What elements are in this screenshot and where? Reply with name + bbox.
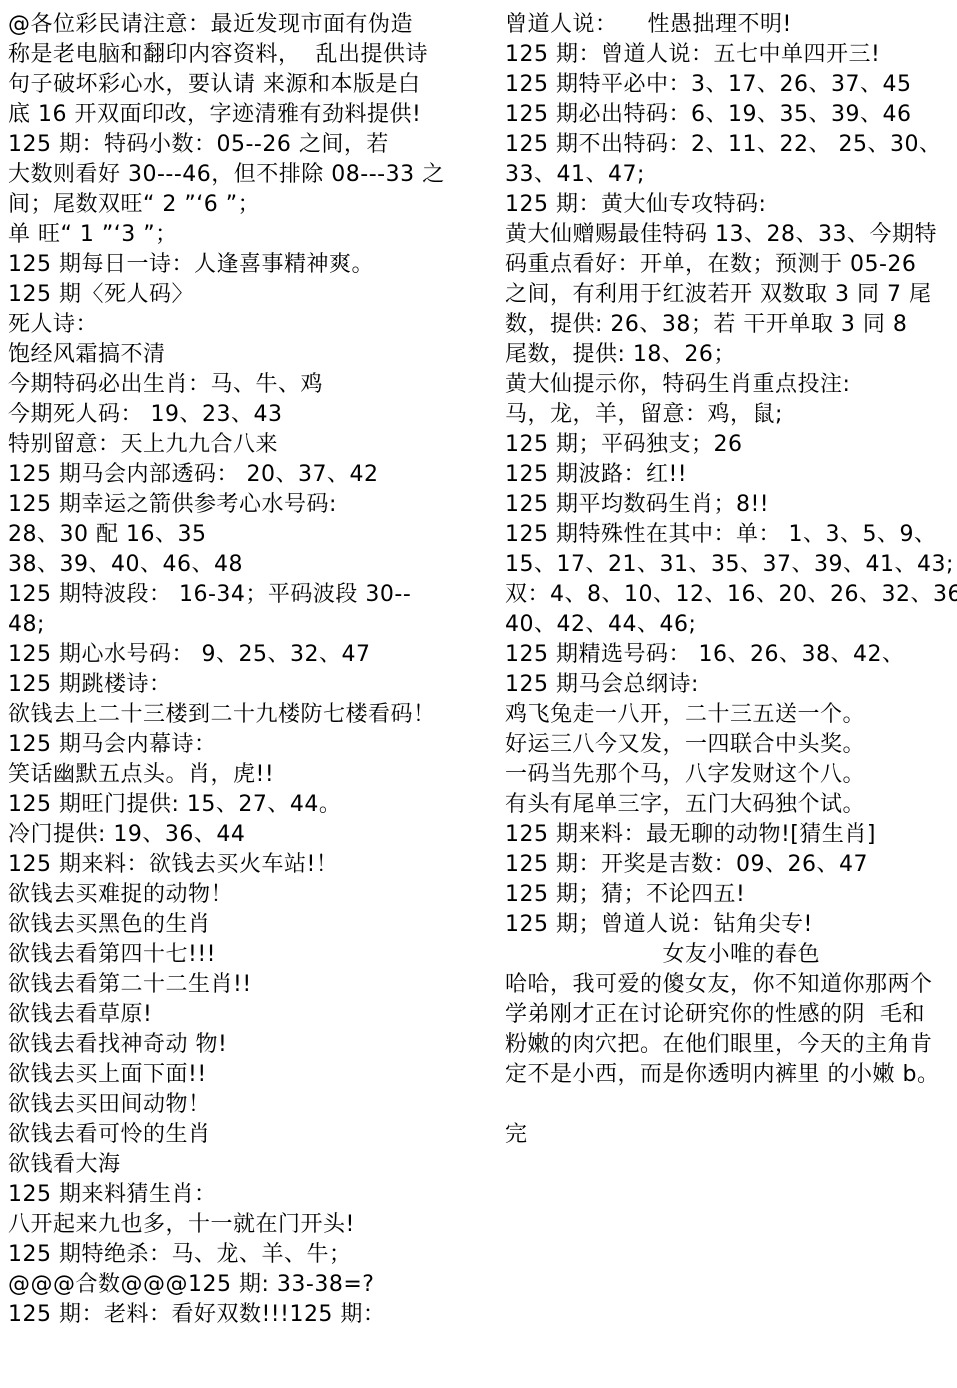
- text-line: 八开起来九也多，十一就在门开头!: [8, 1210, 500, 1240]
- lottery-tip-sheet: @各位彩民请注意：最近发现市面有伪造称是老电脑和翻印内容资料， 乱出提供诗句子破…: [0, 0, 957, 1388]
- text-line: 125 期：老料：看好双数!!!125 期：: [8, 1300, 500, 1330]
- text-line: 125 期特殊性在其中：单： 1、3、5、9、: [505, 520, 957, 550]
- left-column: @各位彩民请注意：最近发现市面有伪造称是老电脑和翻印内容资料， 乱出提供诗句子破…: [8, 10, 500, 1330]
- text-line: 125 期波路：红!!: [505, 460, 957, 490]
- text-line: 今期死人码： 19、23、43: [8, 400, 500, 430]
- text-line: 欲钱去看草原!: [8, 1000, 500, 1030]
- text-line: 125 期心水号码： 9、25、32、47: [8, 640, 500, 670]
- text-line: 38、39、40、46、48: [8, 550, 500, 580]
- text-line: 125 期马会内幕诗：: [8, 730, 500, 760]
- text-line: 125 期：开奖是吉数：09、26、47: [505, 850, 957, 880]
- text-line: 之间，有利用于红波若开 双数取 3 同 7 尾: [505, 280, 957, 310]
- text-line: [505, 1090, 957, 1120]
- text-line: 125 期〈死人码〉: [8, 280, 500, 310]
- text-line: 欲钱去买田间动物！: [8, 1090, 500, 1120]
- text-line: 饱经风霜搞不清: [8, 340, 500, 370]
- text-line: 125 期马会内部透码： 20、37、42: [8, 460, 500, 490]
- text-line: 粉嫩的肉穴把。在他们眼里，今天的主角肯: [505, 1030, 957, 1060]
- text-line: 欲钱去买黑色的生肖: [8, 910, 500, 940]
- text-line: 欲钱去看找神奇动 物!: [8, 1030, 500, 1060]
- text-line: 哈哈，我可爱的傻女友，你不知道你那两个: [505, 970, 957, 1000]
- text-line: 125 期；猜；不论四五!: [505, 880, 957, 910]
- text-line: 好运三八今又发，一四联合中头奖。: [505, 730, 957, 760]
- text-line: 马，龙，羊，留意：鸡，鼠;: [505, 400, 957, 430]
- text-line: 间；尾数双旺“ 2 ”‘6 ”；: [8, 190, 500, 220]
- text-line: 125 期跳楼诗：: [8, 670, 500, 700]
- text-line: 黄大仙赠赐最佳特码 13、28、33、今期特: [505, 220, 957, 250]
- text-line: 欲钱去买上面下面!!: [8, 1060, 500, 1090]
- text-line: 学弟刚才正在讨论研究你的性感的阴 毛和: [505, 1000, 957, 1030]
- text-line: 125 期来料猜生肖：: [8, 1180, 500, 1210]
- text-line: 15、17、21、31、35、37、39、41、43;: [505, 550, 957, 580]
- text-line: 欲钱看大海: [8, 1150, 500, 1180]
- text-line: 欲钱去看可怜的生肖: [8, 1120, 500, 1150]
- right-column: 曾道人说： 性愚拙理不明!125 期：曾道人说：五七中单四开三!125 期特平必…: [505, 10, 957, 1150]
- text-line: 底 16 开双面印改，字迹清雅有劲料提供!: [8, 100, 500, 130]
- text-line: 48;: [8, 610, 500, 640]
- text-line: 125 期精选号码： 16、26、38、42、: [505, 640, 957, 670]
- text-line: 鸡飞兔走一八开，二十三五送一个。: [505, 700, 957, 730]
- text-line: 125 期马会总纲诗:: [505, 670, 957, 700]
- text-line: 笑话幽默五点头。肖，虎!!: [8, 760, 500, 790]
- text-line: 125 期平均数码生肖；8!!: [505, 490, 957, 520]
- text-line: 欲钱去上二十三楼到二十九楼防七楼看码！: [8, 700, 500, 730]
- text-line: 句子破坏彩心水，要认请 来源和本版是白: [8, 70, 500, 100]
- text-line: 欲钱去看第四十七!!!: [8, 940, 500, 970]
- text-line: @@@合数@@@125 期: 33-38=?: [8, 1270, 500, 1300]
- text-line: 完: [505, 1120, 957, 1150]
- text-line: 125 期：黄大仙专攻特码:: [505, 190, 957, 220]
- text-line: 125 期特绝杀：马、龙、羊、牛；: [8, 1240, 500, 1270]
- text-line: 女友小唯的春色: [505, 940, 957, 970]
- text-line: 28、30 配 16、35: [8, 520, 500, 550]
- text-line: 125 期必出特码：6、19、35、39、46: [505, 100, 957, 130]
- text-line: 125 期幸运之箭供参考心水号码:: [8, 490, 500, 520]
- text-line: 死人诗：: [8, 310, 500, 340]
- text-line: 大数则看好 30---46，但不排除 08---33 之: [8, 160, 500, 190]
- text-line: 欲钱去看第二十二生肖!!: [8, 970, 500, 1000]
- text-line: 数，提供: 26、38；若 干开单取 3 同 8: [505, 310, 957, 340]
- text-line: 125 期：特码小数：05--26 之间，若: [8, 130, 500, 160]
- text-line: 33、41、47;: [505, 160, 957, 190]
- text-line: 125 期旺门提供: 15、27、44。: [8, 790, 500, 820]
- text-line: 特别留意：天上九九合八来: [8, 430, 500, 460]
- text-line: 有头有尾单三字，五门大码独个试。: [505, 790, 957, 820]
- text-line: 黄大仙提示你，特码生肖重点投注:: [505, 370, 957, 400]
- text-line: 单 旺“ 1 ”‘3 ”；: [8, 220, 500, 250]
- text-line: 称是老电脑和翻印内容资料， 乱出提供诗: [8, 40, 500, 70]
- text-line: 曾道人说： 性愚拙理不明!: [505, 10, 957, 40]
- text-line: 40、42、44、46;: [505, 610, 957, 640]
- text-line: @各位彩民请注意：最近发现市面有伪造: [8, 10, 500, 40]
- text-line: 冷门提供: 19、36、44: [8, 820, 500, 850]
- text-line: 今期特码必出生肖：马、牛、鸡: [8, 370, 500, 400]
- text-line: 尾数，提供: 18、26；: [505, 340, 957, 370]
- text-line: 125 期；平码独支；26: [505, 430, 957, 460]
- text-line: 双：4、8、10、12、16、20、26、32、36: [505, 580, 957, 610]
- text-line: 一码当先那个马，八字发财这个八。: [505, 760, 957, 790]
- text-line: 125 期来料：最无聊的动物![猜生肖]: [505, 820, 957, 850]
- text-line: 125 期来料：欲钱去买火车站!！: [8, 850, 500, 880]
- text-line: 欲钱去买难捉的动物！: [8, 880, 500, 910]
- text-line: 125 期不出特码：2、11、22、 25、30、: [505, 130, 957, 160]
- text-line: 125 期；曾道人说：钻角尖专!: [505, 910, 957, 940]
- text-line: 125 期特波段： 16-34；平码波段 30--: [8, 580, 500, 610]
- text-line: 125 期每日一诗：人逢喜事精神爽。: [8, 250, 500, 280]
- text-line: 定不是小西，而是你透明内裤里 的小嫩 b。: [505, 1060, 957, 1090]
- text-line: 125 期特平必中：3、17、26、37、45: [505, 70, 957, 100]
- text-line: 码重点看好：开单，在数；预测于 05-26: [505, 250, 957, 280]
- text-line: 125 期：曾道人说：五七中单四开三!: [505, 40, 957, 70]
